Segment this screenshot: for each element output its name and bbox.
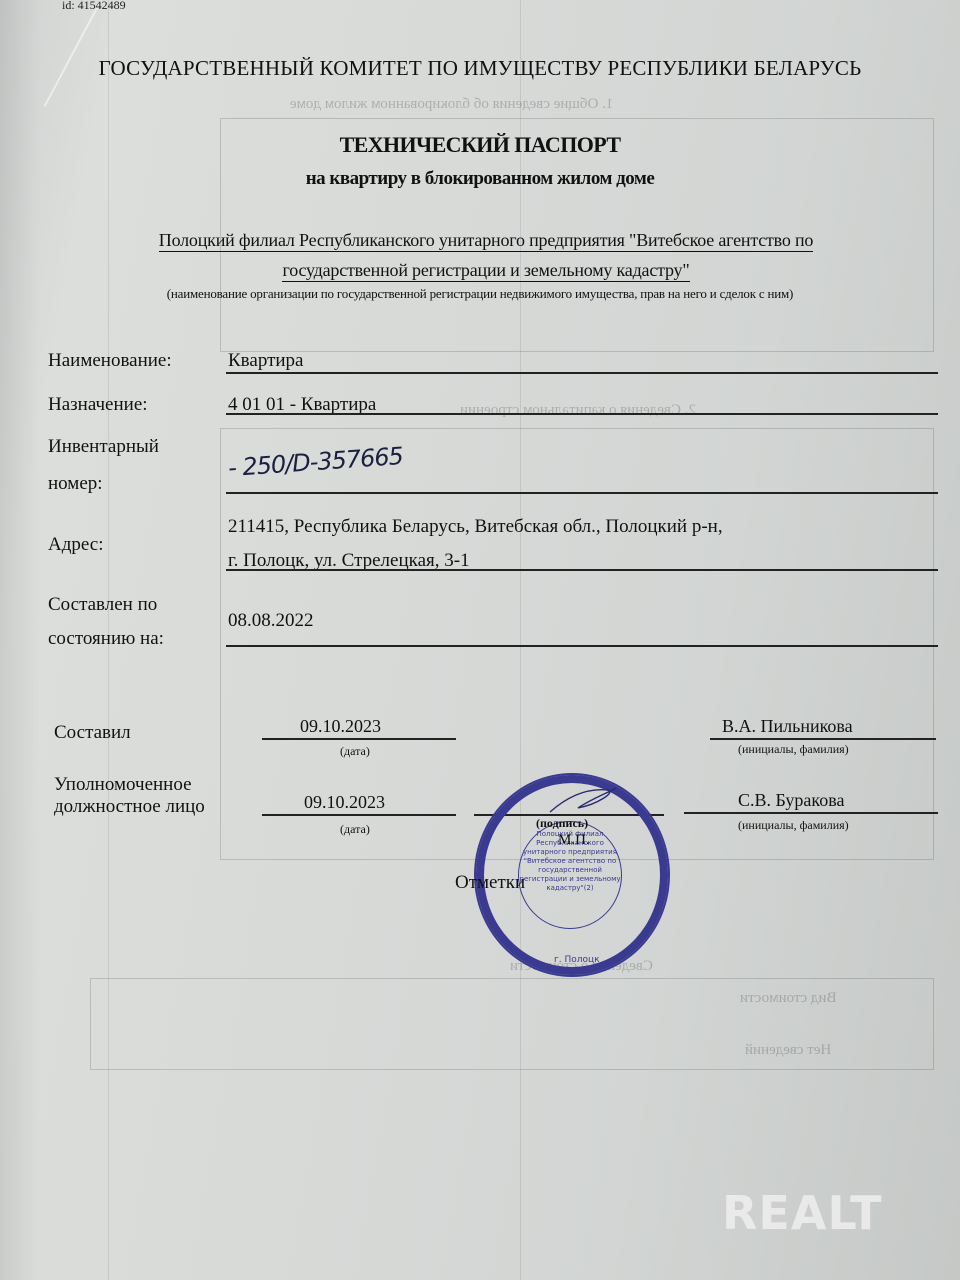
organization-text-2: государственной регистрации и земельному… (282, 260, 689, 282)
realt-watermark-logo: REALT (722, 1186, 883, 1240)
listing-id: id: 41542489 (62, 0, 126, 13)
official-name-caption: (инициалы, фамилия) (738, 818, 849, 833)
compiled-date: 09.10.2023 (300, 716, 381, 737)
bleed-through-section2: 2. Сведения о капитальном строении (460, 402, 696, 419)
official-date-caption: (дата) (340, 822, 370, 837)
official-label-2: должностное лицо (54, 796, 205, 818)
bleed-through-section1: 1. Общие сведения об блокированном жилом… (290, 96, 613, 113)
document-subtitle: на квартиру в блокированном жилом доме (0, 168, 960, 190)
official-date-underline (262, 814, 456, 816)
signature-scribble-icon (548, 786, 618, 814)
committee-header: ГОСУДАРСТВЕННЫЙ КОМИТЕТ ПО ИМУЩЕСТВУ РЕС… (0, 56, 960, 81)
page-edge-shadow (0, 0, 40, 1280)
organization-note: (наименование организации по государстве… (0, 286, 960, 302)
bleed-through-header: Вид стоимости (740, 990, 837, 1007)
compiled-date-underline (262, 738, 456, 740)
compiled-name-underline (710, 738, 936, 740)
seal-caption: М.П. (558, 832, 590, 849)
address-line-1: 211415, Республика Беларусь, Витебская о… (228, 516, 723, 538)
paper-fold (44, 0, 102, 107)
organization-line-2: государственной регистрации и земельному… (96, 260, 876, 281)
official-date: 09.10.2023 (304, 792, 385, 813)
document-title: ТЕХНИЧЕСКИЙ ПАСПОРТ (0, 132, 960, 158)
name-value: Квартира (228, 350, 303, 372)
official-label-1: Уполномоченное (54, 774, 192, 796)
state-date: 08.08.2022 (228, 610, 314, 632)
organization-text-1: Полоцкий филиал Республиканского унитарн… (159, 230, 813, 252)
signature-caption: (подпись) (536, 816, 588, 831)
organization-line-1: Полоцкий филиал Республиканского унитарн… (96, 230, 876, 251)
compiled-name: В.А. Пильникова (722, 716, 853, 737)
compiled-date-caption: (дата) (340, 744, 370, 759)
name-underline (226, 372, 938, 374)
official-name-underline (684, 812, 938, 814)
compiled-name-caption: (инициалы, фамилия) (738, 742, 849, 757)
bleed-through-row: Нет сведений (745, 1042, 831, 1059)
official-name: С.В. Буракова (738, 790, 844, 811)
purpose-label: Назначение: (48, 394, 148, 416)
stamp-city: г. Полоцк (554, 955, 600, 965)
address-underline (226, 569, 938, 571)
address-label: Адрес: (48, 534, 104, 556)
inventory-underline (226, 492, 938, 494)
inventory-label-1: Инвентарный (48, 436, 159, 458)
compiled-label: Составил (54, 722, 131, 744)
marks-label: Отметки (455, 872, 525, 894)
name-label: Наименование: (48, 350, 172, 372)
state-underline (226, 645, 938, 647)
state-label-1: Составлен по (48, 594, 157, 616)
purpose-underline (226, 413, 938, 415)
state-label-2: состоянию на: (48, 628, 164, 650)
inventory-label-2: номер: (48, 473, 103, 495)
